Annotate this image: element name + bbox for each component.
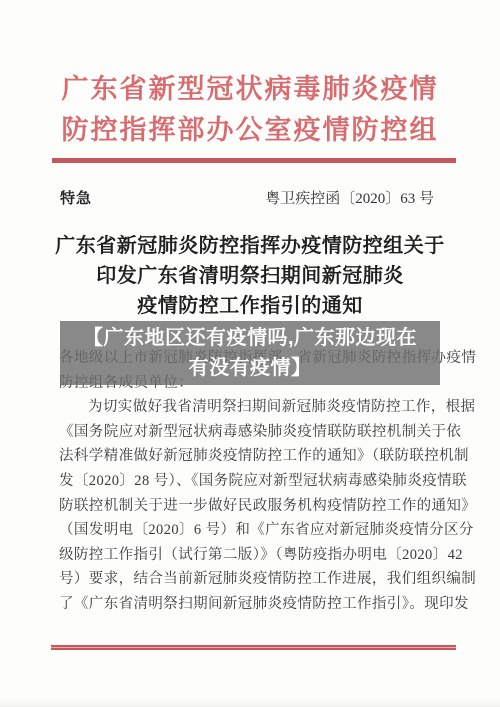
paragraph-line: 法科学精准做好新冠肺炎疫情防控工作的通知》（联防联控机制	[59, 444, 442, 469]
letterhead-line-1: 广东省新型冠状病毒肺炎疫情	[0, 69, 500, 110]
document-meta-row: 特急 粤卫疾控函〔2020〕63 号	[60, 187, 434, 208]
paragraph-line: 号）要求，结合当前新冠肺炎疫情防控工作进展，我们组织编制	[59, 567, 442, 592]
paragraph-line: 为切实做好我省清明祭扫期间新冠肺炎疫情防控工作，根据	[59, 395, 442, 420]
document-title-line-3: 疫情防控工作指引的通知	[0, 291, 500, 321]
footer-red-rule	[51, 645, 456, 650]
urgency-label: 特急	[60, 187, 92, 208]
paragraph-line: 防联控机制关于进一步做好民政服务机构疫情防控工作的通知》	[59, 494, 442, 519]
paragraph-line: （国发明电〔2020〕6 号）和《广东省应对新冠肺炎疫情分区分	[59, 518, 442, 543]
header-double-rule	[52, 158, 456, 163]
watermark-caption-line-1: 【广东地区还有疫情吗,广东那边现在	[60, 323, 440, 353]
letterhead-red-title: 广东省新型冠状病毒肺炎疫情 防控指挥部办公室疫情防控组	[0, 69, 500, 151]
paragraph-line: 级防控工作指引（试行第二版）》（粤防疫指办明电〔2020〕42	[59, 543, 442, 568]
document-number: 粤卫疾控函〔2020〕63 号	[265, 187, 434, 208]
document-body: 各地级以上市新冠肺炎防控指挥部、省新冠肺炎防控指挥办疫情 防控组各成员单位： 为…	[59, 346, 442, 617]
scan-edge-shadow	[0, 699, 500, 707]
paragraph-line: 发〔2020〕28 号）、《国务院应对新型冠状病毒感染肺炎疫情联	[59, 469, 442, 494]
paragraph-line: 《国务院应对新型冠状病毒感染肺炎疫情联防联控机制关于依	[59, 420, 442, 445]
watermark-caption-overlay: 【广东地区还有疫情吗,广东那边现在 有没有疫情】	[60, 321, 440, 385]
scanned-document-page: 广东省新型冠状病毒肺炎疫情 防控指挥部办公室疫情防控组 特急 粤卫疾控函〔202…	[0, 0, 500, 707]
watermark-caption-line-2: 有没有疫情】	[60, 353, 440, 383]
letterhead-line-2: 防控指挥部办公室疫情防控组	[0, 110, 500, 151]
document-title-line-1: 广东省新冠肺炎防控指挥办疫情防控组关于	[0, 231, 500, 261]
paragraph-line: 了《广东省清明祭扫期间新冠肺炎疫情防控工作指引》。现印发	[59, 592, 442, 617]
document-title-line-2: 印发广东省清明祭扫期间新冠肺炎	[0, 261, 500, 291]
document-title: 广东省新冠肺炎防控指挥办疫情防控组关于 印发广东省清明祭扫期间新冠肺炎 疫情防控…	[0, 231, 500, 321]
